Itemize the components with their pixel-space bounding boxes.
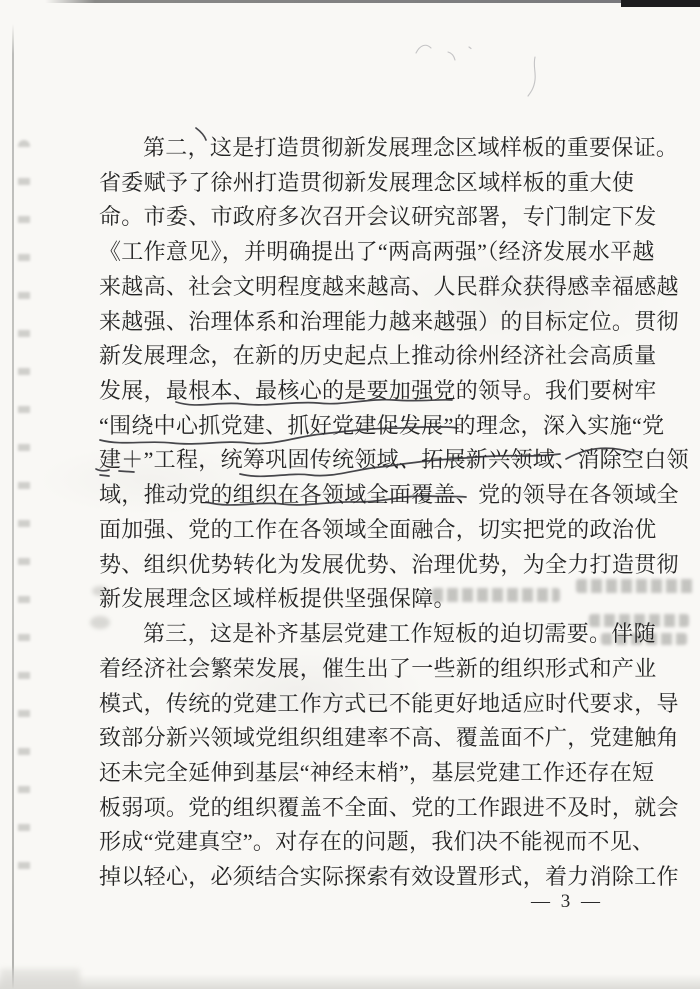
text-line: 新发展理念，在新的历史起点上推动徐州经济社会高质量 (99, 339, 630, 374)
text-line: 着经济社会繁荣发展，催生出了一些新的组织形式和产业 (99, 652, 630, 687)
document-body-text: 第二，这是打造贯彻新发展理念区域样板的重要保证。省委赋予了徐州打造贯彻新发展理念… (99, 131, 630, 895)
text-line: 来越强、治理体系和治理能力越来越强）的目标定位。贯彻 (99, 305, 630, 340)
pen-scratch-icon (469, 47, 471, 49)
scan-artifact-left-edge-line (12, 24, 14, 989)
text-line: 来越高、社会文明程度越来越高、人民群众获得感幸福感越 (99, 270, 630, 305)
text-line: 域，推动党的组织在各领域全面覆盖、党的领导在各领域全 (99, 478, 630, 513)
text-line: 模式，传统的党建工作方式已不能更好地适应时代要求，导 (99, 687, 630, 722)
scan-artifact-bleedthrough-left-column (18, 140, 30, 892)
text-line: 建＋”工程，统筹巩固传统领域、拓展新兴领域、消除空白领 (99, 443, 630, 478)
text-line: 新发展理念区域样板提供坚强保障。 (99, 582, 630, 617)
text-line: 发展，最根本、最核心的是要加强党的领导。我们要树牢 (99, 374, 630, 409)
pen-scratch-icon (416, 45, 431, 53)
text-line: 省委赋予了徐州打造贯彻新发展理念区域样板的重大使 (99, 166, 630, 201)
scan-artifact-bottom-left-shadow (0, 969, 80, 989)
text-line: 势、组织优势转化为发展优势、治理优势，为全力打造贯彻 (99, 548, 630, 583)
text-line: 第二，这是打造贯彻新发展理念区域样板的重要保证。 (99, 131, 630, 166)
scanned-document-page: 第二，这是打造贯彻新发展理念区域样板的重要保证。省委赋予了徐州打造贯彻新发展理念… (0, 0, 700, 989)
text-line: 还未完全延伸到基层“神经末梢”，基层党建工作还存在短 (99, 756, 630, 791)
scan-artifact-top-edge (0, 0, 700, 3)
pen-scratch-icon (528, 57, 535, 96)
scan-artifact-bottom-edge (0, 974, 700, 989)
text-line: 《工作意见》，并明确提出了“两高两强”（经济发展水平越 (99, 235, 630, 270)
text-line: 第三，这是补齐基层党建工作短板的迫切需要。伴随 (99, 617, 630, 652)
page-number: — 3 — (524, 890, 610, 914)
scan-artifact-top-right-bar (621, 0, 700, 7)
text-line: 命。市委、市政府多次召开会议研究部署，专门制定下发 (99, 200, 630, 235)
pen-scratch-icon (448, 52, 455, 60)
text-line: “围绕中心抓党建、抓好党建促发展”的理念，深入实施“党 (99, 409, 630, 444)
text-line: 形成“党建真空”。对存在的问题，我们决不能视而不见、 (99, 825, 630, 860)
text-line: 面加强、党的工作在各领域全面融合，切实把党的政治优 (99, 513, 630, 548)
text-line: 板弱项。党的组织覆盖不全面、党的工作跟进不及时，就会 (99, 791, 630, 826)
text-line: 致部分新兴领域党组织组建率不高、覆盖面不广，党建触角 (99, 721, 630, 756)
